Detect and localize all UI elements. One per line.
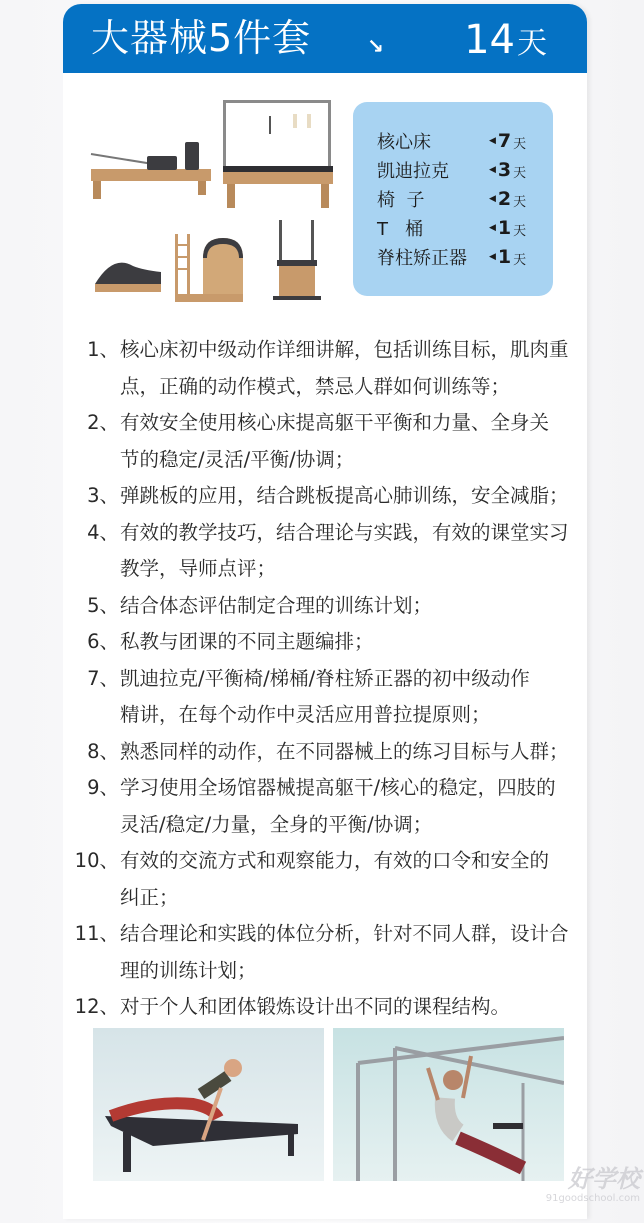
cadillac-exercise-photo [333,1028,564,1181]
course-title: 大器械5件套 [91,14,311,62]
equipment-days-unit: 天 [513,220,526,239]
item-number: 4、 [63,515,119,552]
item-text: 节的稳定/灵活/平衡/协调； [120,442,560,479]
list-item: 5、 结合体态评估制定合理的训练计划； [63,588,587,625]
list-item: 7、 凯迪拉克/平衡椅/梯桶/脊柱矫正器的初中级动作精讲，在每个动作中灵活应用普… [63,661,587,734]
equipment-image [83,94,333,306]
item-number: 1、 [63,332,119,369]
item-text: 弹跳板的应用，结合跳板提高心肺训练，安全减脂； [120,478,560,515]
watermark-logo-text: 好学校 [522,1165,640,1193]
list-item: 1、 核心床初中级动作详细讲解，包括训练目标，肌肉重点，正确的动作模式，禁忌人群… [63,332,587,405]
item-text: 教学，导师点评； [120,551,560,588]
triangle-left-icon: ◀ [489,194,496,204]
item-number: 9、 [63,770,119,807]
schedule-row: 凯迪拉克 ◀ 3 天 [377,155,553,184]
equipment-days-unit: 天 [513,133,526,152]
list-item: 12、 对于个人和团体锻炼设计出不同的课程结构。 [63,989,587,1026]
item-number: 7、 [63,661,119,698]
item-number: 10、 [63,843,119,880]
equipment-days: 3 [498,159,511,181]
item-number: 11、 [63,916,119,953]
item-text: 有效的交流方式和观察能力，有效的口令和安全的 [120,843,560,880]
list-item: 10、 有效的交流方式和观察能力，有效的口令和安全的纠正； [63,843,587,916]
item-text: 结合体态评估制定合理的训练计划； [120,588,560,625]
item-text: 核心床初中级动作详细讲解，包括训练目标，肌肉重 [120,332,560,369]
reformer-icon [91,142,211,199]
ladder-barrel-icon [175,234,243,302]
list-item: 11、 结合理论和实践的体位分析，针对不同人群，设计合理的训练计划； [63,916,587,989]
list-item: 3、 弹跳板的应用，结合跳板提高心肺训练，安全减脂； [63,478,587,515]
list-item: 6、 私教与团课的不同主题编排； [63,624,587,661]
schedule-row: 核心床 ◀ 7 天 [377,126,553,155]
triangle-left-icon: ◀ [489,136,496,146]
equipment-name: 凯迪拉克 [377,157,489,183]
list-item: 4、 有效的教学技巧，结合理论与实践，有效的课堂实习教学，导师点评； [63,515,587,588]
item-text: 私教与团课的不同主题编排； [120,624,560,661]
triangle-left-icon: ◀ [489,165,496,175]
equipment-name: 椅 子 [377,186,489,212]
equipment-days: 2 [498,188,511,210]
equipment-days: 1 [498,217,511,239]
list-item: 9、 学习使用全场馆器械提高躯干/核心的稳定，四肢的灵活/稳定/力量，全身的平衡… [63,770,587,843]
equipment-name: T 桶 [377,215,489,241]
course-duration: 14天 [464,16,547,72]
item-text: 有效安全使用核心床提高躯干平衡和力量、全身关 [120,405,560,442]
item-text: 理的训练计划； [120,953,560,990]
course-content-list: 1、 核心床初中级动作详细讲解，包括训练目标，肌肉重点，正确的动作模式，禁忌人群… [63,332,587,1026]
spine-corrector-icon [95,263,161,292]
equipment-name: 脊柱矫正器 [377,244,489,270]
wunda-chair-icon [273,220,321,300]
equipment-days: 7 [498,130,511,152]
watermark-url: 91goodschool.com [522,1193,640,1205]
cadillac-icon [223,100,333,208]
list-item: 8、 熟悉同样的动作，在不同器械上的练习目标与人群； [63,734,587,771]
triangle-left-icon: ◀ [489,252,496,262]
item-text: 对于个人和团体锻炼设计出不同的课程结构。 [120,989,560,1026]
duration-unit: 天 [517,26,547,61]
arrow-down-right-icon: ↘ [367,36,384,56]
item-text: 纠正； [120,880,560,917]
item-number: 12、 [63,989,119,1026]
item-text: 有效的教学技巧，结合理论与实践，有效的课堂实习 [120,515,560,552]
reformer-exercise-photo [93,1028,324,1181]
equipment-days-unit: 天 [513,162,526,181]
watermark: 好学校 91goodschool.com [522,1165,640,1215]
item-number: 2、 [63,405,119,442]
item-text: 凯迪拉克/平衡椅/梯桶/脊柱矫正器的初中级动作 [120,661,560,698]
duration-number: 14 [464,17,515,63]
item-text: 结合理论和实践的体位分析，针对不同人群，设计合 [120,916,560,953]
item-text: 精讲，在每个动作中灵活应用普拉提原则； [120,697,560,734]
item-text: 学习使用全场馆器械提高躯干/核心的稳定，四肢的 [120,770,560,807]
schedule-row: 脊柱矫正器 ◀ 1 天 [377,242,553,271]
course-header: 大器械5件套 ↘ 14天 [63,4,587,73]
list-item: 2、 有效安全使用核心床提高躯干平衡和力量、全身关节的稳定/灵活/平衡/协调； [63,405,587,478]
item-text: 熟悉同样的动作，在不同器械上的练习目标与人群； [120,734,560,771]
equipment-days-unit: 天 [513,191,526,210]
equipment-days: 1 [498,246,511,268]
item-text: 点，正确的动作模式，禁忌人群如何训练等； [120,369,560,406]
schedule-row: T 桶 ◀ 1 天 [377,213,553,242]
equipment-days-unit: 天 [513,249,526,268]
schedule-row: 椅 子 ◀ 2 天 [377,184,553,213]
item-text: 灵活/稳定/力量，全身的平衡/协调； [120,807,560,844]
schedule-panel: 核心床 ◀ 7 天 凯迪拉克 ◀ 3 天 椅 子 ◀ 2 天 T 桶 ◀ 1 天… [353,102,553,296]
equipment-name: 核心床 [377,128,489,154]
triangle-left-icon: ◀ [489,223,496,233]
item-number: 8、 [63,734,119,771]
course-card: 大器械5件套 ↘ 14天 [63,4,587,1219]
item-number: 5、 [63,588,119,625]
item-number: 6、 [63,624,119,661]
item-number: 3、 [63,478,119,515]
